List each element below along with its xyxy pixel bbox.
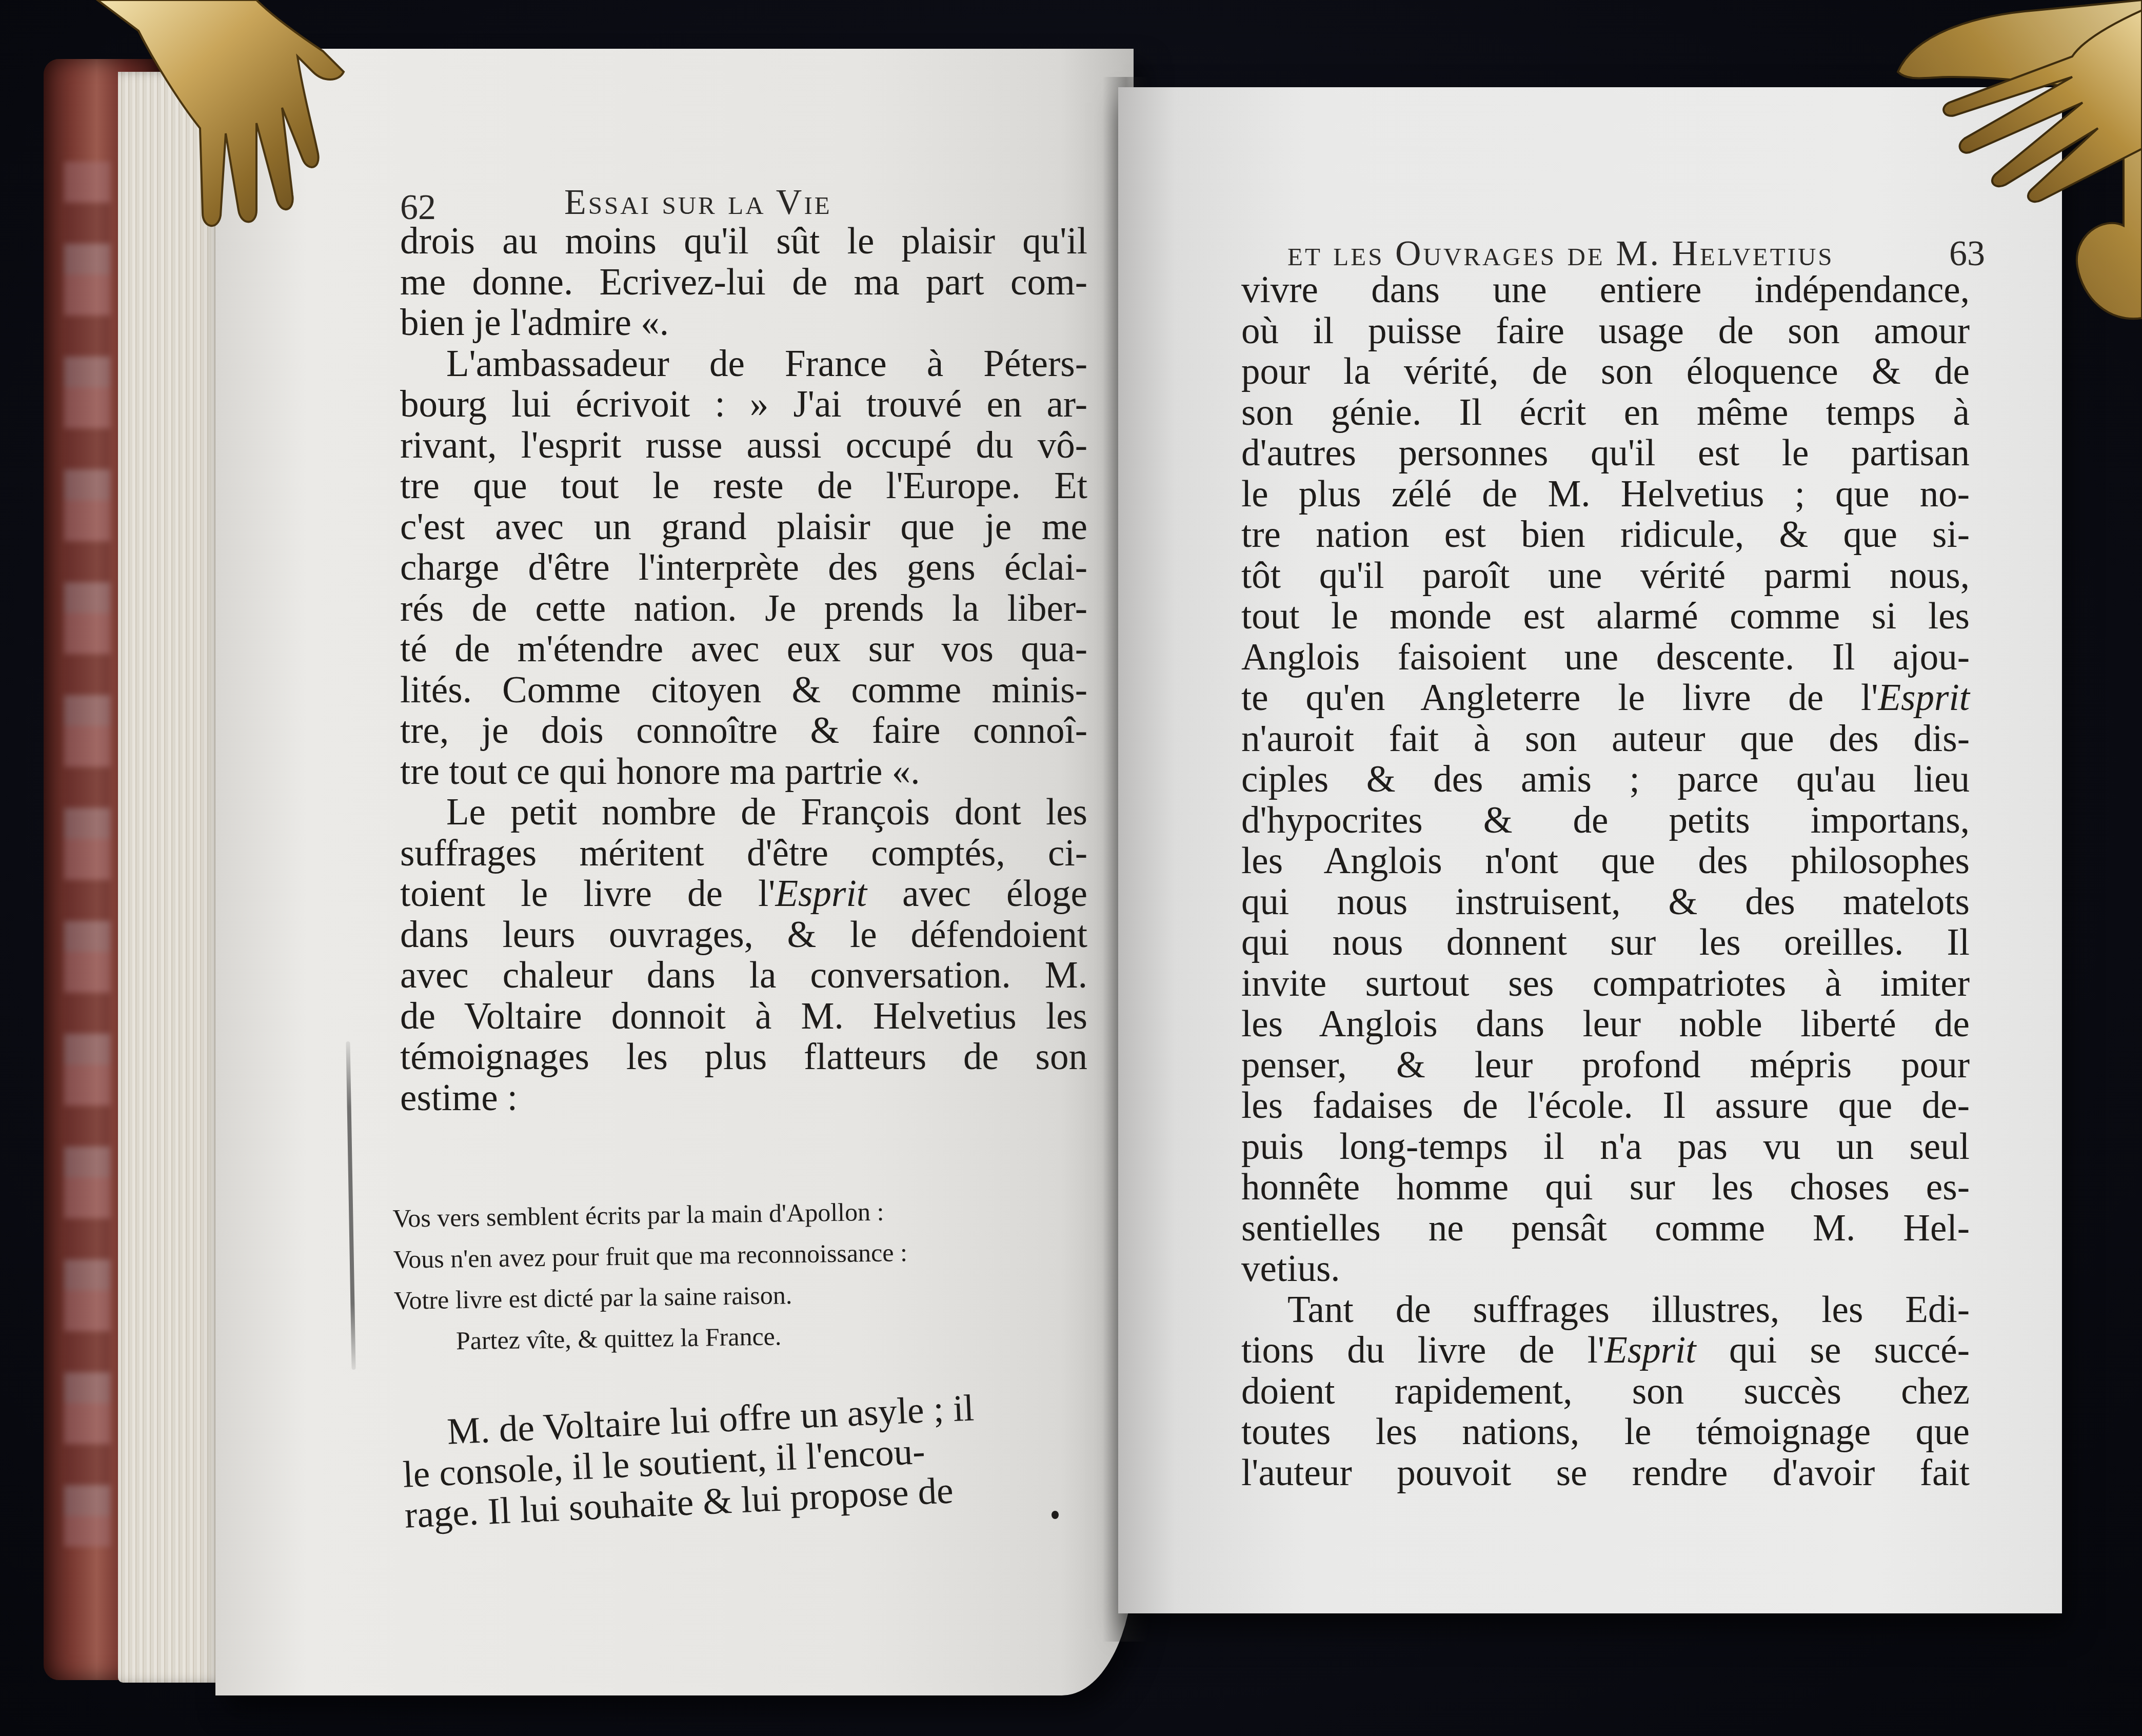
text-line: d'autres personnes qu'il est le partisan	[1241, 432, 1970, 474]
text-line: le plus zélé de M. Helvetius ; que no-	[1241, 474, 1970, 515]
text-line: qui nous donnent sur les oreilles. Il	[1241, 922, 1970, 963]
text-line: bien je l'admire «.	[400, 302, 1087, 343]
text-line: Le petit nombre de François dont les	[400, 792, 1087, 833]
text-line: bourg lui écrivoit : » J'ai trouvé en ar…	[400, 384, 1087, 425]
text-line-esprit: toient le livre de l'Esprit avec éloge	[400, 873, 1087, 914]
text-line: vetius.	[1241, 1248, 1970, 1289]
book-title-italic: Esprit	[1878, 677, 1970, 718]
printers-mark	[1052, 1511, 1059, 1519]
text-line: Anglois faisoient une descente. Il ajou-	[1241, 637, 1970, 678]
text-line: l'auteur pouvoit se rendre d'avoir fait	[1241, 1452, 1970, 1493]
text-line: charge d'être l'interprète des gens écla…	[400, 547, 1087, 588]
text-line: honnête homme qui sur les choses es-	[1241, 1167, 1970, 1208]
text-line: invite surtout ses compatriotes à imiter	[1241, 963, 1970, 1004]
text-line-esprit: te qu'en Angleterre le livre de l'Esprit	[1241, 677, 1970, 718]
text-line: ciples & des amis ; parce qu'au lieu	[1241, 759, 1970, 800]
left-page: 62 Essai sur la Vie drois au moins qu'il…	[215, 49, 1134, 1695]
running-head-left: Essai sur la Vie	[564, 185, 832, 221]
text-line: qui nous instruisent, & des matelots	[1241, 881, 1970, 922]
brass-hand-icon	[1867, 0, 2142, 328]
text-line: L'ambassadeur de France à Péters-	[400, 343, 1087, 384]
book-title-italic: Esprit	[776, 873, 867, 914]
text-line: rés de cette nation. Je prends la liber-	[400, 588, 1087, 629]
text-line: puis long-temps il n'a pas vu un seul	[1241, 1126, 1970, 1167]
text-line: suffrages méritent d'être comptés, ci-	[400, 833, 1087, 874]
text-line: estime :	[400, 1077, 1087, 1118]
book-photograph: 62 Essai sur la Vie drois au moins qu'il…	[0, 0, 2142, 1736]
book-title-italic: Esprit	[1604, 1329, 1696, 1371]
verse-line: Partez vîte, & quittez la France.	[394, 1314, 908, 1362]
verse-line: Vous n'en avez pour fruit que ma reconno…	[393, 1232, 907, 1280]
text-line: son génie. Il écrit en même temps à	[1241, 392, 1970, 433]
text-line: rivant, l'esprit russe aussi occupé du v…	[400, 425, 1087, 466]
text-line: tre nation est bien ridicule, & que si-	[1241, 514, 1970, 555]
text-line: tre, je dois connoître & faire connoî-	[400, 710, 1087, 751]
text-line: les Anglois dans leur noble liberté de	[1241, 1003, 1970, 1044]
text-line: où il puisse faire usage de son amour	[1241, 310, 1970, 351]
text-line-esprit: tions du livre de l'Esprit qui se succé-	[1241, 1330, 1970, 1371]
text-line: lités. Comme citoyen & comme minis-	[400, 669, 1087, 711]
right-main-text: vivre dans une entiere indépendance, où …	[1241, 269, 1970, 1493]
brass-hand-page-holder-right	[1867, 0, 2142, 328]
left-main-text: drois au moins qu'il sût le plaisir qu'i…	[400, 221, 1087, 1118]
text-line: Tant de suffrages illustres, les Edi-	[1241, 1289, 1970, 1330]
text-line: dans leurs ouvrages, & le défendoient	[400, 914, 1087, 955]
text-line: penser, & leur profond mépris pour	[1241, 1044, 1970, 1086]
text-line: pour la vérité, de son éloquence & de	[1241, 351, 1970, 392]
text-line: sentielles ne pensât comme M. Hel-	[1241, 1208, 1970, 1249]
text-line: té de m'étendre avec eux sur vos qua-	[400, 628, 1087, 669]
text-line: doient rapidement, son succès chez	[1241, 1371, 1970, 1412]
brass-hand-icon	[77, 0, 364, 257]
text-line: tout le monde est alarmé comme si les	[1241, 596, 1970, 637]
running-head-right: et les Ouvrages de M. Helvetius	[1287, 236, 1834, 272]
verse-line: Votre livre est dicté par la saine raiso…	[393, 1273, 908, 1321]
text-line: drois au moins qu'il sût le plaisir qu'i…	[400, 221, 1087, 262]
text-line: toutes les nations, le témoignage que	[1241, 1411, 1970, 1452]
text-line: d'hypocrites & de petits importans,	[1241, 800, 1970, 841]
page-block-edges	[118, 72, 226, 1683]
left-bottom-text: M. de Voltaire lui offre un asyle ; il l…	[400, 1387, 979, 1535]
voltaire-verse: Vos vers semblent écrits par la main d'A…	[392, 1191, 909, 1362]
text-line: tre que tout le reste de l'Europe. Et	[400, 465, 1087, 506]
brass-hand-page-holder-left	[77, 0, 364, 257]
text-line: les Anglois n'ont que des philosophes	[1241, 840, 1970, 881]
text-line: avec chaleur dans la conversation. M.	[400, 955, 1087, 996]
text-line: de Voltaire donnoit à M. Helvetius les	[400, 996, 1087, 1037]
text-line: me donne. Ecrivez-lui de ma part com-	[400, 262, 1087, 303]
text-line: témoignages les plus flatteurs de son	[400, 1036, 1087, 1077]
text-line: c'est avec un grand plaisir que je me	[400, 506, 1087, 547]
text-line: vivre dans une entiere indépendance,	[1241, 269, 1970, 310]
text-line: tre tout ce qui honore ma partrie «.	[400, 751, 1087, 792]
text-line: n'auroit fait à son auteur que des dis-	[1241, 718, 1970, 759]
verse-line: Vos vers semblent écrits par la main d'A…	[392, 1191, 907, 1239]
text-line: les fadaises de l'école. Il assure que d…	[1241, 1085, 1970, 1126]
text-line: tôt qu'il paroît une vérité parmi nous,	[1241, 555, 1970, 596]
